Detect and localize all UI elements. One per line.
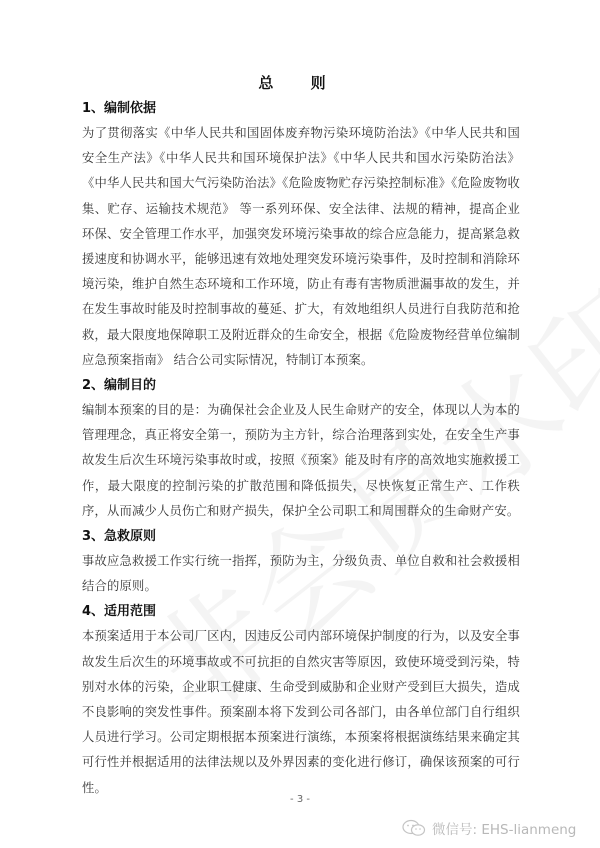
section-principle: 3、急救原则 事故应急救援工作实行统一指挥，预防为主，分级负责、单位自救和社会救… bbox=[82, 524, 520, 599]
section-heading: 4、适用范围 bbox=[82, 599, 520, 624]
section-purpose: 2、编制目的 编制本预案的目的是：为确保社会企业及人民生命财产的安全，体现以人为… bbox=[82, 373, 520, 524]
section-heading: 3、急救原则 bbox=[82, 524, 520, 549]
wechat-watermark: 微信号: EHS-lianmeng bbox=[402, 819, 576, 837]
section-heading: 2、编制目的 bbox=[82, 373, 520, 398]
document-body: 1、编制依据 为了贯彻落实《中华人民共和国固体废弃物污染环境防治法》《中华人民共… bbox=[82, 96, 520, 801]
section-scope: 4、适用范围 本预案适用于本公司厂区内，因违反公司内部环境保护制度的行为，以及安… bbox=[82, 599, 520, 800]
wechat-id-label: 微信号: EHS-lianmeng bbox=[432, 818, 576, 838]
wechat-icon bbox=[402, 819, 426, 837]
section-heading: 1、编制依据 bbox=[82, 96, 520, 121]
section-basis: 1、编制依据 为了贯彻落实《中华人民共和国固体废弃物污染环境防治法》《中华人民共… bbox=[82, 96, 520, 373]
document-page: 非会员水印 总 则 1、编制依据 为了贯彻落实《中华人民共和国固体废弃物污染环境… bbox=[0, 0, 600, 848]
section-paragraph: 本预案适用于本公司厂区内，因违反公司内部环境保护制度的行为，以及安全事故发生后次… bbox=[82, 624, 520, 800]
page-title: 总 则 bbox=[0, 72, 600, 93]
section-paragraph: 事故应急救援工作实行统一指挥，预防为主，分级负责、单位自救和社会救援相结合的原则… bbox=[82, 549, 520, 599]
section-paragraph: 为了贯彻落实《中华人民共和国固体废弃物污染环境防治法》《中华人民共和国安全生产法… bbox=[82, 121, 520, 373]
section-paragraph: 编制本预案的目的是：为确保社会企业及人民生命财产的安全，体现以人为本的管理理念，… bbox=[82, 398, 520, 524]
page-number: - 3 - bbox=[0, 794, 600, 805]
